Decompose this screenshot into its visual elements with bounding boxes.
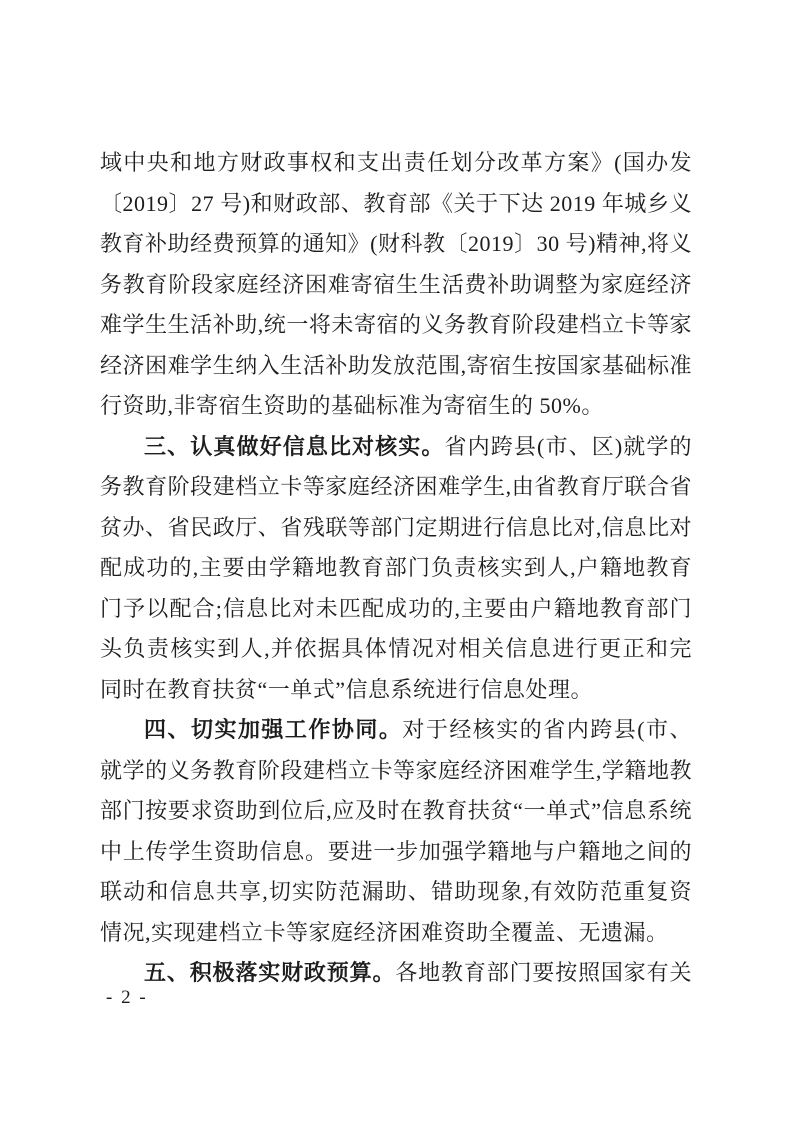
text-line-1: 域中央和地方财政事权和支出责任划分改革方案》(国办发 xyxy=(100,143,692,184)
body-text: 教育补助经费预算的通知》(财科教〔2019〕30 号)精神,将义 xyxy=(100,231,692,256)
text-line-21: 五、积极落实财政预算。各地教育部门要按照国家有关资助 xyxy=(100,953,692,994)
page-number: - 2 - xyxy=(106,986,148,1010)
text-line-9: 务教育阶段建档立卡等家庭经济困难学生,由省教育厅联合省扶 xyxy=(100,467,692,508)
body-text: 联动和信息共享,切实防范漏助、错助现象,有效防范重复资助 xyxy=(100,879,692,913)
body-text: 务教育阶段建档立卡等家庭经济困难学生,由省教育厅联合省扶 xyxy=(100,474,692,508)
section-heading: 四、切实加强工作协同。 xyxy=(144,717,402,742)
body-text: 就学的义务教育阶段建档立卡等家庭经济困难学生,学籍地教育 xyxy=(100,758,692,792)
text-line-17: 部门按要求资助到位后,应及时在教育扶贫“一单式”信息系统 xyxy=(100,791,692,832)
text-line-8: 三、认真做好信息比对核实。省内跨县(市、区)就学的义 xyxy=(100,427,692,468)
body-text: 务教育阶段家庭经济困难寄宿生生活费补助调整为家庭经济困 xyxy=(100,272,692,306)
body-text: 行资助,非寄宿生资助的基础标准为寄宿生的 50%。 xyxy=(100,393,604,418)
text-line-10: 贫办、省民政厅、省残联等部门定期进行信息比对,信息比对匹 xyxy=(100,508,692,549)
body-text: 配成功的,主要由学籍地教育部门负责核实到人,户籍地教育部 xyxy=(100,555,692,589)
body-text: 经济困难学生纳入生活补助发放范围,寄宿生按国家基础标准进 xyxy=(100,353,692,387)
document-text-block: 域中央和地方财政事权和支出责任划分改革方案》(国办发〔2019〕27 号)和财政… xyxy=(100,143,692,994)
text-line-19: 联动和信息共享,切实防范漏助、错助现象,有效防范重复资助 xyxy=(100,872,692,913)
body-text: 情况,实现建档立卡等家庭经济困难资助全覆盖、无遗漏。 xyxy=(100,920,669,945)
body-text: 部门按要求资助到位后,应及时在教育扶贫“一单式”信息系统 xyxy=(100,798,692,823)
document-page: 域中央和地方财政事权和支出责任划分改革方案》(国办发〔2019〕27 号)和财政… xyxy=(0,0,793,1122)
text-line-12: 门予以配合;信息比对未匹配成功的,主要由户籍地教育部门牵 xyxy=(100,589,692,630)
section-heading: 三、认真做好信息比对核实。 xyxy=(144,434,445,459)
text-line-14: 同时在教育扶贫“一单式”信息系统进行信息处理。 xyxy=(100,670,692,711)
body-text: 贫办、省民政厅、省残联等部门定期进行信息比对,信息比对匹 xyxy=(100,515,692,549)
body-text: 〔2019〕27 号)和财政部、教育部《关于下达 2019 年城乡义务 xyxy=(100,191,692,225)
text-line-18: 中上传学生资助信息。要进一步加强学籍地与户籍地之间的工作 xyxy=(100,832,692,873)
text-line-13: 头负责核实到人,并依据具体情况对相关信息进行更正和完善, xyxy=(100,629,692,670)
text-line-15: 四、切实加强工作协同。对于经核实的省内跨县(市、区) xyxy=(100,710,692,751)
text-line-6: 经济困难学生纳入生活补助发放范围,寄宿生按国家基础标准进 xyxy=(100,346,692,387)
text-line-20: 情况,实现建档立卡等家庭经济困难资助全覆盖、无遗漏。 xyxy=(100,913,692,954)
text-line-11: 配成功的,主要由学籍地教育部门负责核实到人,户籍地教育部 xyxy=(100,548,692,589)
text-line-16: 就学的义务教育阶段建档立卡等家庭经济困难学生,学籍地教育 xyxy=(100,751,692,792)
section-heading: 五、积极落实财政预算。 xyxy=(144,960,395,985)
body-text: 头负责核实到人,并依据具体情况对相关信息进行更正和完善, xyxy=(100,636,692,670)
text-line-3: 教育补助经费预算的通知》(财科教〔2019〕30 号)精神,将义 xyxy=(100,224,692,265)
body-text: 门予以配合;信息比对未匹配成功的,主要由户籍地教育部门牵 xyxy=(100,596,692,630)
text-line-4: 务教育阶段家庭经济困难寄宿生生活费补助调整为家庭经济困 xyxy=(100,265,692,306)
body-text: 同时在教育扶贫“一单式”信息系统进行信息处理。 xyxy=(100,677,593,702)
body-text: 难学生生活补助,统一将未寄宿的义务教育阶段建档立卡等家庭 xyxy=(100,312,692,346)
text-line-7: 行资助,非寄宿生资助的基础标准为寄宿生的 50%。 xyxy=(100,386,692,427)
text-line-5: 难学生生活补助,统一将未寄宿的义务教育阶段建档立卡等家庭 xyxy=(100,305,692,346)
body-text: 域中央和地方财政事权和支出责任划分改革方案》(国办发 xyxy=(100,150,692,175)
text-line-2: 〔2019〕27 号)和财政部、教育部《关于下达 2019 年城乡义务 xyxy=(100,184,692,225)
body-text: 中上传学生资助信息。要进一步加强学籍地与户籍地之间的工作 xyxy=(100,839,692,873)
